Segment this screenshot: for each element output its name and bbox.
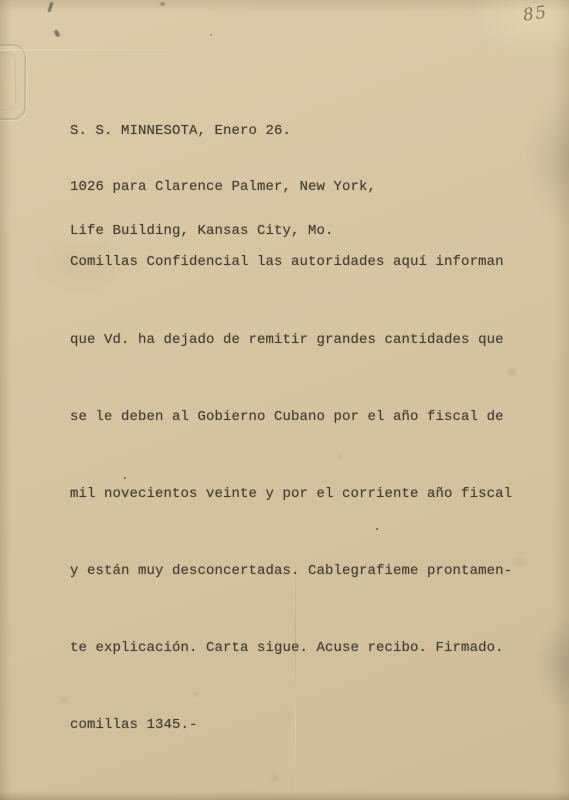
ink-smudge	[160, 2, 165, 6]
message-body: Comillas Confidencial las autoridades aq…	[70, 199, 512, 790]
body-line: se le deben al Gobierno Cubano por el añ…	[70, 405, 512, 431]
ink-smudge	[54, 29, 61, 37]
ink-smudge	[48, 2, 54, 12]
body-line: mil novecientos veinte y por el corrient…	[70, 482, 512, 508]
body-line: Comillas Confidencial las autoridades aq…	[70, 250, 512, 276]
body-line: y están muy desconcertadas. Cablegrafiem…	[70, 559, 512, 585]
scanned-document-page: 85 S. S. MINNESOTA, Enero 26. 1026 para …	[0, 0, 569, 800]
body-line: comillas 1345.-	[70, 713, 512, 739]
body-line: te explicación. Carta sigue. Acuse recib…	[70, 636, 512, 662]
paper-crease	[0, 49, 200, 51]
handwritten-page-number: 85	[522, 2, 549, 26]
address-line: 1026 para Clarence Palmer, New York,	[70, 180, 376, 195]
paper-speck	[210, 34, 212, 36]
paperclip-impression-inner	[0, 52, 16, 110]
body-line: que Vd. ha dejado de remitir grandes can…	[70, 328, 512, 354]
dateline: S. S. MINNESOTA, Enero 26.	[70, 124, 291, 139]
